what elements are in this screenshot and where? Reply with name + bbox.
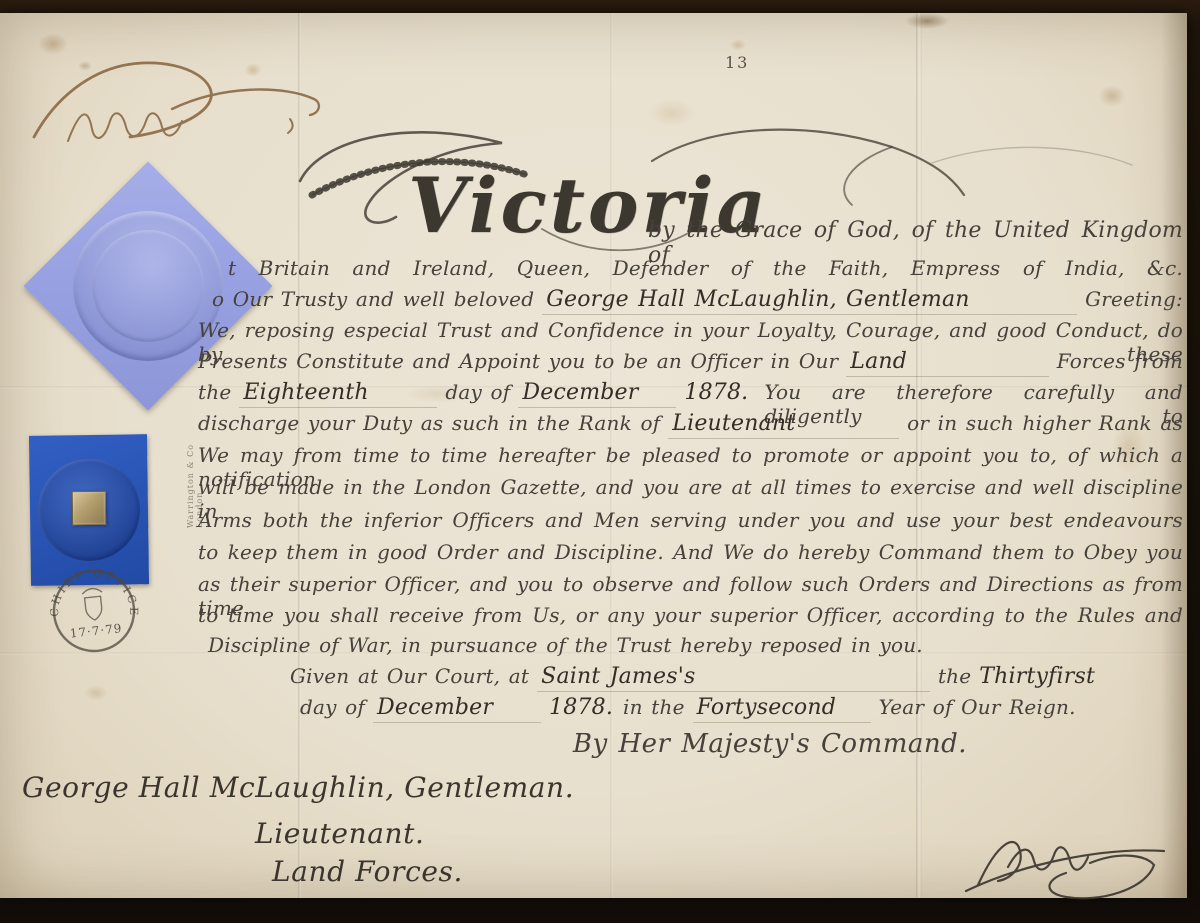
manuscript-fill: December [518,380,676,408]
doc-line-17: By Her Majesty's Command. [520,729,1020,759]
date-stamp-crest [82,588,105,621]
grantee-name: George Hall McLaughlin, Gentleman. [22,771,574,804]
page-number: 13 [725,53,749,72]
manuscript-rank: Lieutenant [672,411,795,436]
doc-line-2: t Britain and Ireland, Queen, Defender o… [228,256,1183,280]
manuscript-year: 1878. [549,695,613,720]
manuscript-fill: Lieutenant [668,411,899,439]
printed-text: in the [623,695,685,719]
manuscript-force: Land [850,349,907,374]
printed-text: o Our Trusty and well beloved [212,287,534,311]
doc-line-7: discharge your Duty as such in the Rank … [198,411,1183,439]
printed-text: Presents Constitute and Appoint you to b… [198,349,838,373]
grantee-force: Land Forces. [272,855,463,888]
printed-text: day of [445,380,510,404]
manuscript-fill: December [373,695,541,723]
manuscript-day-word: Thirtyfirst [979,664,1095,689]
gold-embossed-square [72,491,106,525]
commission-document-photo: 13 CHIEF OFFICE [0,0,1200,923]
printed-text: day of [300,695,365,719]
foxing-stain [905,13,949,29]
manuscript-regnal-year: Fortysecond [697,695,836,720]
doc-line-5: Presents Constitute and Appoint you to b… [198,349,1183,377]
printed-text: Greeting: [1085,287,1183,311]
doc-line-13: to time you shall receive from Us, or an… [198,603,1183,627]
office-date-stamp: CHIEF OFFICE 17·7·79 [41,558,147,664]
printed-text: the [198,380,231,404]
doc-line-11: to keep them in good Order and Disciplin… [198,540,1183,564]
manuscript-year: 1878. [684,380,748,405]
date-stamp-date: 17·7·79 [69,621,123,640]
manuscript-fill: Saint James's [537,664,930,692]
manuscript-place: Saint James's [541,664,695,689]
manuscript-month: December [522,380,638,405]
printed-text: or in such higher Rank as [907,411,1183,435]
manuscript-name: George Hall McLaughlin, Gentleman [546,287,969,312]
printed-text: the [938,664,971,688]
manuscript-fill: Land [846,349,1048,377]
foxing-stain [730,39,746,51]
doc-line-15: Given at Our Court, at Saint James's the… [290,664,1095,692]
doc-line-16: day of December 1878. in the Fortysecond… [300,695,1100,723]
printed-text: Forces from [1057,349,1183,373]
doc-line-10: Arms both the inferior Officers and Men … [198,508,1183,532]
printed-text: Year of Our Reign. [879,695,1076,719]
printed-text: discharge your Duty as such in the Rank … [198,411,660,435]
printed-text: Given at Our Court, at [290,664,529,688]
doc-line-3: o Our Trusty and well beloved George Hal… [212,287,1183,315]
foxing-stain [84,685,108,701]
foxing-stain [1098,85,1126,107]
royal-signature-victoria [22,49,332,159]
countersignature-war-office [950,811,1180,911]
doc-line-14: Discipline of War, in pursuance of the T… [208,633,923,657]
manuscript-month: December [377,695,493,720]
grantee-rank: Lieutenant. [255,817,425,850]
manuscript-fill: George Hall McLaughlin, Gentleman [542,287,1077,315]
parchment-sheet: 13 CHIEF OFFICE [0,13,1187,898]
manuscript-fill: Fortysecond [693,695,871,723]
manuscript-day: Eighteenth [243,380,368,405]
manuscript-fill: Eighteenth [239,380,437,408]
